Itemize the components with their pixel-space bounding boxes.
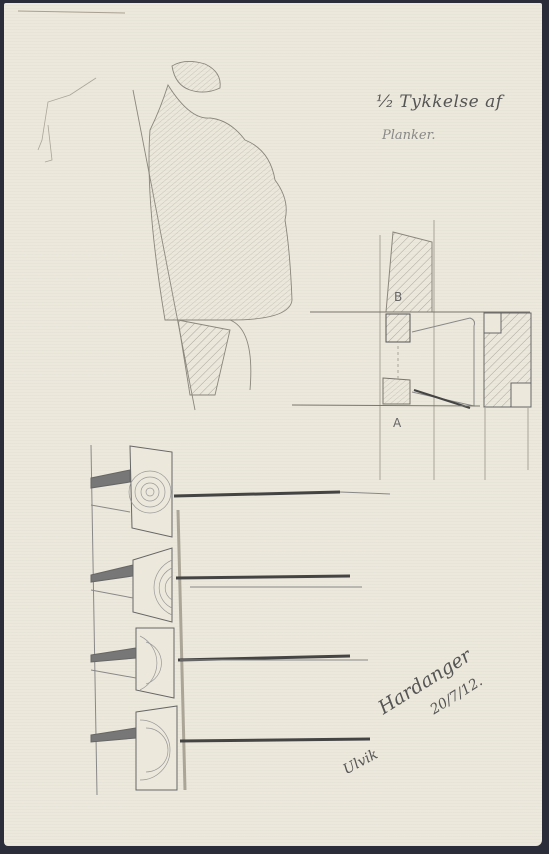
left-faint-sketch bbox=[38, 78, 96, 162]
plank-stack bbox=[91, 445, 390, 795]
joint-cross-section bbox=[292, 220, 531, 480]
diagram-label-upper: B bbox=[394, 290, 402, 304]
sketch-drawings bbox=[0, 0, 549, 854]
diagram-label-lower: A bbox=[393, 416, 401, 430]
top-edge-stroke bbox=[18, 11, 125, 13]
title-inscription-line2: Planker. bbox=[382, 128, 436, 143]
figure-from-behind bbox=[133, 61, 292, 410]
title-inscription-line1: ⅟₂ Tykkelse af bbox=[376, 92, 503, 112]
